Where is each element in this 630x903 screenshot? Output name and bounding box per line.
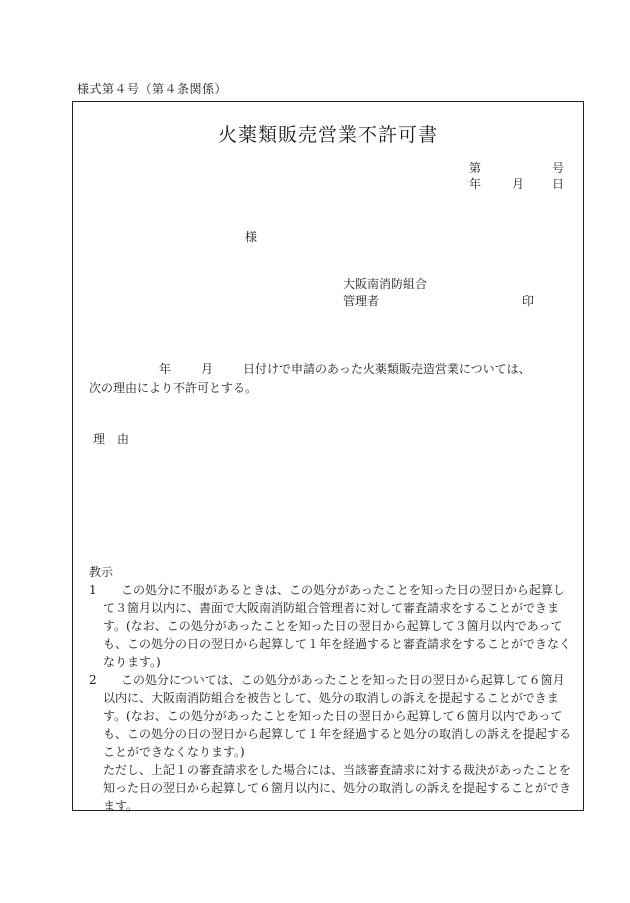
instruction-item-2: 2 この処分については、この処分があったことを知った日の翌日から起算して６箇月以… (89, 671, 574, 815)
date-month: 月 (512, 175, 524, 192)
instruction-section: 教示 1 この処分に不服があるときは、この処分があったことを知った日の翌日から起… (89, 563, 574, 815)
recipient-honorific: 様 (245, 228, 257, 245)
date-year: 年 (469, 175, 481, 192)
form-number-label: 様式第４号（第４条関係） (77, 80, 227, 97)
statement-line1: 日付けで申請のあった火薬類販売造営業については、 (243, 360, 531, 377)
instruction-item-proviso: ただし、上記１の審査請求をした場合には、当該審査請求に対する裁決があったことを知… (103, 761, 574, 815)
issuer-organization: 大阪南消防組合 (343, 275, 427, 292)
instruction-item-number: 2 (89, 671, 97, 689)
instruction-item-text: この処分については、この処分があったことを知った日の翌日から起算して６箇月以内に… (103, 671, 574, 761)
instruction-item-1: 1 この処分に不服があるときは、この処分があったことを知った日の翌日から起算して… (89, 581, 574, 671)
statement-line2: 次の理由により不許可とする。 (89, 379, 257, 396)
statement-month: 月 (201, 360, 213, 377)
instruction-item-number: 1 (89, 581, 97, 599)
seal-mark: 印 (522, 292, 534, 309)
statement-year: 年 (159, 360, 171, 377)
document-title: 火薬類販売営業不許可書 (73, 120, 583, 147)
instruction-item-text: この処分に不服があるときは、この処分があったことを知った日の翌日から起算して３箇… (103, 581, 574, 671)
document-frame: 火薬類販売営業不許可書 第 号 年 月 日 様 大阪南消防組合 管理者 印 年 … (72, 101, 584, 811)
number-prefix: 第 (469, 159, 481, 176)
instruction-heading: 教示 (89, 563, 574, 581)
date-day: 日 (552, 175, 564, 192)
number-suffix: 号 (552, 159, 564, 176)
issuer-title: 管理者 (343, 292, 379, 309)
reason-label: 理 由 (93, 430, 129, 447)
